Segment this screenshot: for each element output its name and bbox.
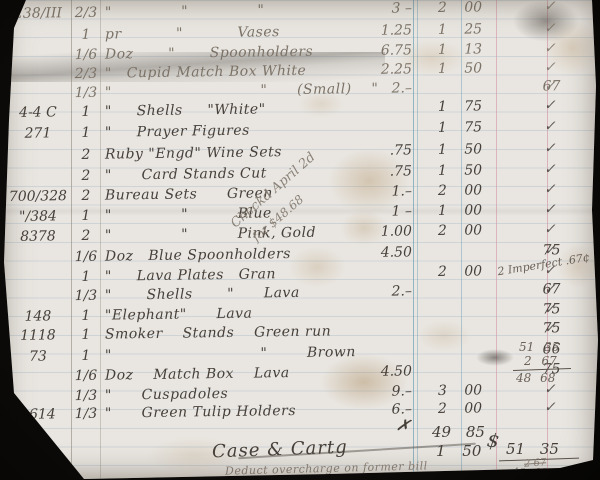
amount: 2 00	[438, 182, 482, 199]
description: " Card Stands Cut	[105, 165, 267, 183]
item-number: 4-4 C	[6, 104, 70, 121]
quantity: 2/3	[68, 66, 104, 83]
unit-price: .75	[328, 142, 412, 159]
amount: 2 00	[438, 263, 482, 280]
checkmark-icon: ✓	[544, 59, 556, 75]
item-number: 8378	[6, 228, 70, 245]
description: " " Brown	[105, 344, 356, 364]
deduct-result: 48 68	[512, 466, 548, 479]
checkmark-icon: ✓	[544, 221, 556, 237]
quantity: 1	[68, 327, 104, 344]
description: pr " Vases	[105, 24, 280, 42]
unit-price: 1.–	[328, 183, 412, 200]
checkmark-icon: ✓	[544, 140, 556, 156]
checkmark-icon: ✓	[544, 181, 556, 197]
quantity: 1/6	[68, 249, 104, 266]
quantity: 2	[68, 147, 104, 164]
checkmark-icon: ✓	[544, 320, 556, 336]
description: Smoker Stands Green run	[105, 323, 331, 342]
description: " Lava Plates Gran	[105, 266, 276, 284]
unit-price: 2.–	[328, 283, 412, 300]
quantity: 1	[68, 348, 104, 365]
quantity: 1	[68, 269, 104, 286]
unit-price: 4.50	[328, 244, 412, 261]
description: "Elephant" Lava	[105, 306, 253, 324]
item-number: "/384	[6, 208, 70, 225]
amount: 1 50	[438, 162, 482, 179]
amount: 1 25	[438, 21, 482, 38]
checkmark-icon: ✓	[544, 40, 556, 56]
ledger-page: 238/III2/3" " "3 –2 00✓1pr " Vases1.251 …	[0, 0, 600, 480]
description: " " Pink, Gold	[105, 225, 316, 244]
checkmark-icon: ✓	[544, 281, 556, 297]
item-number: 1614	[6, 406, 70, 423]
item-number: 271	[6, 125, 70, 142]
unit-price: 4.50	[328, 363, 412, 380]
item-number: 1118	[6, 327, 70, 344]
description: " Green Tulip Holders	[105, 403, 296, 422]
subtotal-value: 49 85	[432, 423, 485, 441]
amount: 2 00	[438, 222, 482, 239]
quantity: 1/3	[68, 406, 104, 423]
checkmark-icon: ✓	[544, 399, 556, 415]
amount: 75	[438, 301, 561, 319]
case-cartage-amount: 1 50	[436, 442, 481, 460]
item-number: 148	[6, 308, 70, 325]
description: Doz Blue Spoonholders	[105, 246, 291, 265]
unit-price: 6.75	[328, 42, 412, 59]
description: " " "	[105, 2, 265, 20]
margin-sum-top: 51 35	[519, 340, 559, 354]
amount: 1 13	[438, 41, 482, 58]
unit-price: 9.–	[328, 383, 412, 400]
quantity: 1	[68, 125, 104, 142]
quantity: 2/3	[68, 5, 104, 22]
quantity: 1/6	[68, 368, 104, 385]
quantity: 1	[68, 104, 104, 121]
checkmark-icon: ✓	[544, 118, 556, 134]
checkmark-icon: ✓	[544, 161, 556, 177]
margin-sum-result: 48 68	[516, 371, 555, 385]
quantity: 1	[68, 308, 104, 325]
amount: 1 75	[438, 119, 482, 136]
description: " Cuspadoles	[105, 386, 228, 404]
checkmark-icon: ✓	[544, 201, 556, 217]
amount: 1 00	[438, 202, 482, 219]
unit-price: 1 –	[328, 203, 412, 220]
unit-price: 1.00	[328, 223, 412, 240]
amount: 2 00	[438, 0, 482, 16]
checkmark-icon: ✓	[544, 301, 556, 317]
amount: 1 75	[438, 98, 482, 115]
unit-price: 2.25	[328, 61, 412, 78]
item-number: 700/328	[6, 188, 70, 205]
quantity: 1/6	[68, 47, 104, 64]
quantity: 1/3	[68, 288, 104, 305]
unit-price: 2.–	[328, 80, 412, 97]
amount: 1 50	[438, 141, 482, 158]
description: " Shells " Lava	[105, 285, 300, 304]
description: Ruby "Engd" Wine Sets	[105, 144, 282, 162]
unit-price: 3 –	[328, 0, 412, 17]
margin-sum-deduct: 2 67	[524, 354, 557, 368]
quantity: 2	[68, 228, 104, 245]
item-number: 238/III	[6, 5, 70, 22]
item-number: 73	[6, 348, 70, 365]
photo-background: 238/III2/3" " "3 –2 00✓1pr " Vases1.251 …	[0, 0, 600, 480]
amount: 1 50	[438, 60, 482, 77]
unit-price: .75	[328, 163, 412, 180]
checkmark-icon: ✓	[544, 20, 556, 36]
amount: 67	[438, 78, 561, 96]
description: " Cupid Match Box White	[105, 63, 307, 82]
quantity: 2	[68, 188, 104, 205]
amount: 2 00	[438, 400, 482, 417]
checkmark-icon: ✓	[544, 97, 556, 113]
quantity: 1/3	[68, 388, 104, 405]
quantity: 1/3	[68, 85, 104, 102]
amount: 3 00	[438, 382, 482, 399]
unit-price: 1.25	[328, 22, 412, 39]
checkmark-icon: ✓	[544, 0, 556, 15]
description: " Prayer Figures	[105, 123, 250, 141]
grand-total-value: 51 35	[506, 440, 559, 458]
amount: 75	[438, 320, 561, 338]
amount: 67	[438, 281, 561, 299]
quantity: 2	[68, 168, 104, 185]
quantity: 1	[68, 27, 104, 44]
checkmark-icon: ✓	[544, 78, 556, 94]
description: " Shells "White"	[105, 101, 266, 119]
quantity: 1	[68, 208, 104, 225]
description: Doz " Spoonholders	[105, 44, 313, 63]
description: Doz Match Box Lava	[105, 365, 290, 384]
